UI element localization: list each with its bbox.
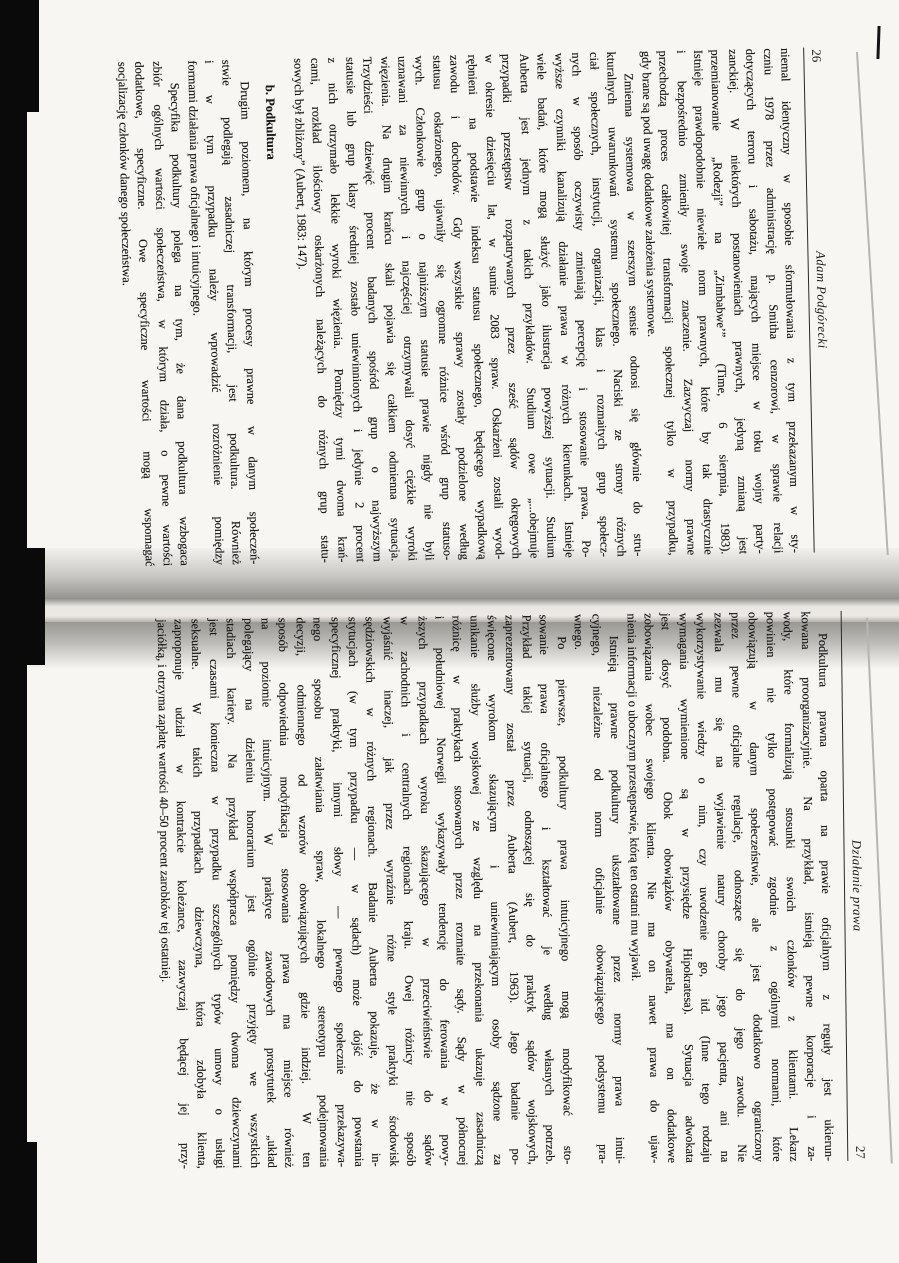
page-edge-line-top	[856, 52, 889, 555]
page-26: 26 Adam Podgórecki niemal identyczny w s…	[124, 47, 834, 567]
registration-mark	[876, 26, 880, 59]
page-number: 26	[807, 49, 824, 62]
page-number: 27	[851, 1146, 868, 1159]
scanner-edge-bar-top	[0, 0, 39, 112]
scanner-edge-bar-middle	[0, 548, 45, 665]
scanner-edge-bar-bottom	[0, 1142, 37, 1263]
running-head-title: Działanie prawa	[845, 611, 869, 1161]
book-scan: 26 Adam Podgórecki niemal identyczny w s…	[0, 0, 899, 1263]
page-27: Działanie prawa 27 Podkultura prawna opa…	[146, 611, 869, 1170]
body-text: niemal identyczny w sposobie sformułowan…	[113, 48, 804, 567]
page-edge-line-bottom	[866, 618, 893, 1164]
section-heading: b. Podkultura	[261, 85, 288, 564]
body-text: Podkultura prawna oparta na prawie oficj…	[152, 611, 838, 1169]
running-head: Działanie prawa 27	[845, 611, 869, 1161]
